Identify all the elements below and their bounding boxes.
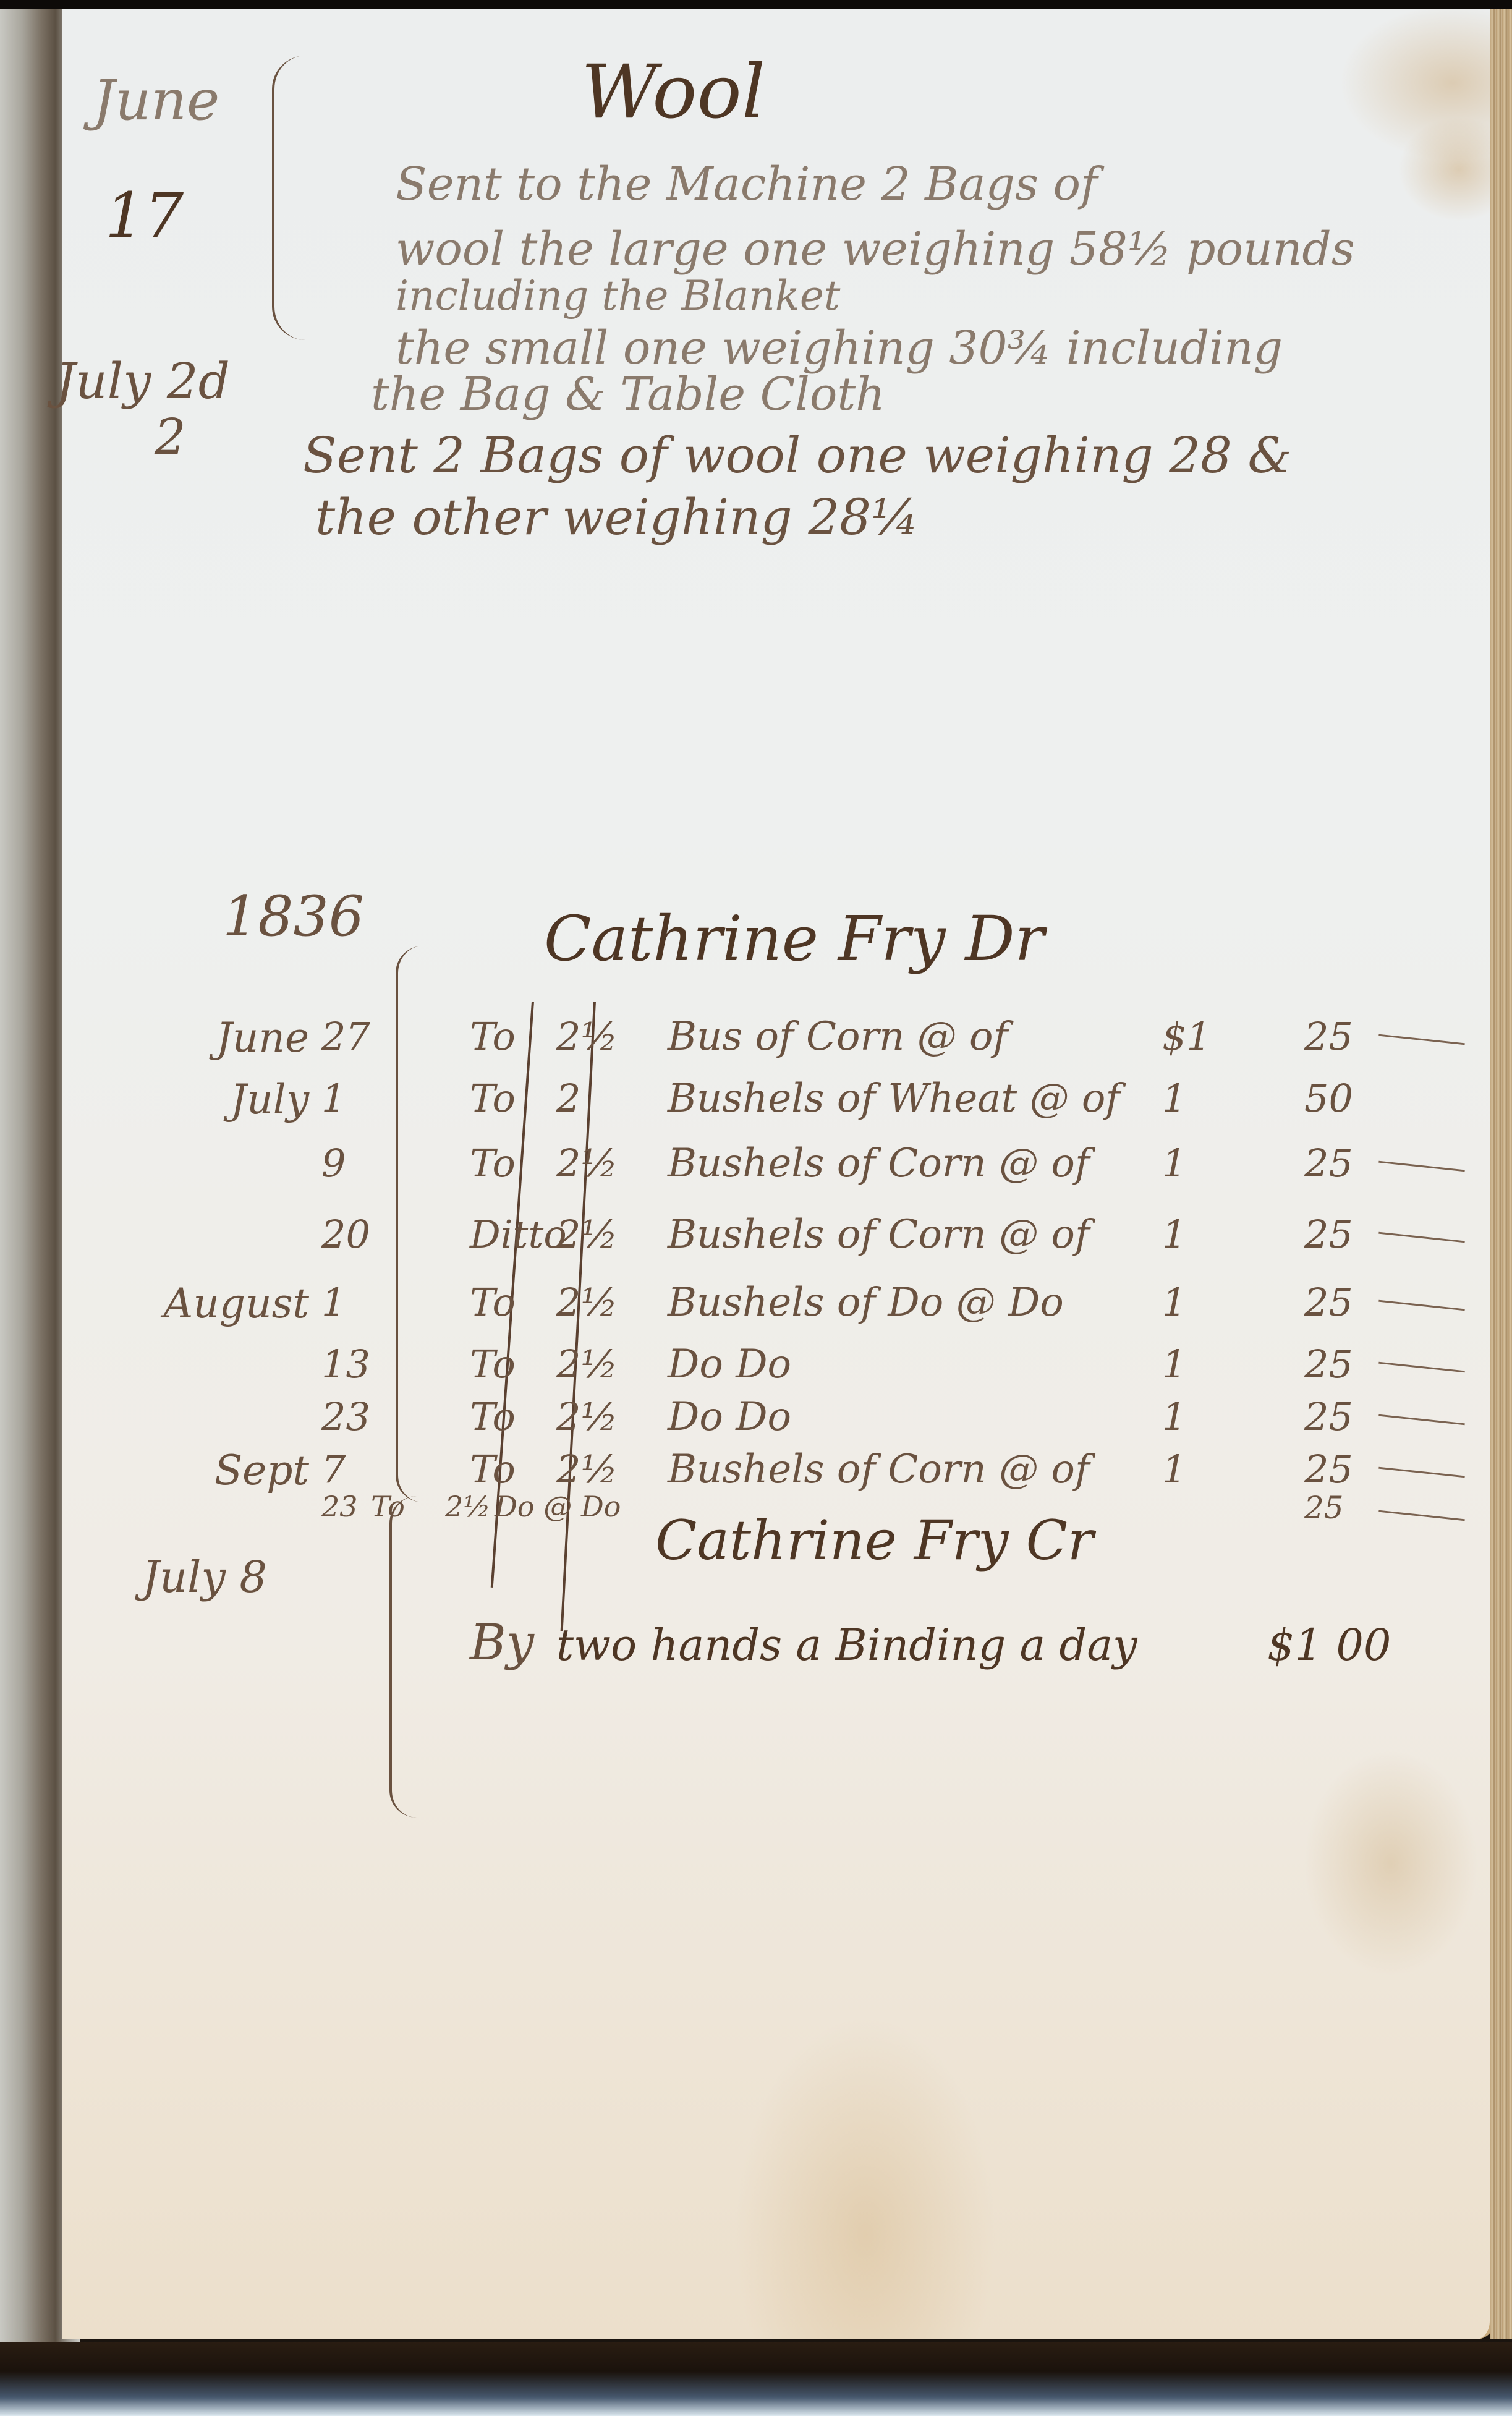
wool-line: the Bag & Table Cloth	[371, 368, 885, 421]
row-day: 23	[321, 1394, 370, 1439]
row-to: To	[470, 1394, 516, 1439]
row-to: To	[470, 1141, 516, 1186]
row-desc: Bushels of Do @ Do	[668, 1280, 1064, 1325]
row-month: August	[136, 1280, 309, 1327]
row-amount: 25	[1304, 1342, 1353, 1387]
row-day: 1	[321, 1280, 346, 1325]
wool-line: including the Blanket	[396, 272, 840, 320]
row-dash	[1378, 1362, 1465, 1373]
account-header-debit: Cathrine Fry Dr	[544, 903, 1044, 975]
row-desc: Do Do	[668, 1394, 791, 1440]
row-amount: 25	[1304, 1394, 1353, 1439]
row-qty: 2½	[556, 1394, 618, 1439]
row-to: To	[470, 1014, 516, 1059]
row-amount: 25	[1304, 1212, 1353, 1257]
wool-line: the small one weighing 30¾ including	[396, 321, 1283, 375]
row-to: To	[470, 1447, 516, 1492]
wool-date-month: June	[93, 68, 219, 133]
row-month: June	[136, 1014, 309, 1061]
row-month: Sept	[136, 1447, 309, 1494]
row-desc: Bushels of Corn @ of	[668, 1141, 1090, 1186]
row-amount: 25	[1304, 1141, 1353, 1186]
row-dash	[1378, 1510, 1465, 1521]
row-dash	[1378, 1161, 1465, 1172]
row-day: 13	[321, 1342, 370, 1387]
row-qty: 2½	[556, 1141, 618, 1186]
row-amount: 50	[1304, 1076, 1353, 1121]
row-amount: 25	[1304, 1280, 1353, 1325]
wool-title: Wool	[581, 49, 765, 135]
credit-by: By	[470, 1614, 534, 1671]
row-rate: 1	[1162, 1141, 1186, 1186]
wool-date-day: 17	[105, 179, 184, 252]
row-amount: 25	[1304, 1014, 1353, 1059]
row-desc: Do @ Do	[495, 1490, 621, 1523]
row-dash	[1378, 1034, 1465, 1045]
wool-line: wool the large one weighing 58½ pounds	[396, 223, 1355, 276]
account-header-credit: Cathrine Fry Cr	[655, 1508, 1094, 1572]
wool-line: Sent to the Machine 2 Bags of	[396, 158, 1097, 211]
ledger-row: August 1 To 2½ Bushels of Do @ Do 1 25	[0, 1280, 1512, 1342]
row-day: 7	[321, 1447, 346, 1492]
row-qty: 2½	[556, 1342, 618, 1387]
row-amount: 25	[1304, 1447, 1353, 1492]
row-dash	[1378, 1232, 1465, 1243]
credit-date: July 8	[142, 1552, 267, 1602]
wool-line2: Sent 2 Bags of wool one weighing 28 &	[303, 427, 1292, 484]
row-desc: Bushels of Corn @ of	[668, 1447, 1090, 1492]
row-qty: 2	[556, 1076, 580, 1121]
row-rate: 1	[1162, 1280, 1186, 1325]
scan-bottom-border	[0, 2342, 1512, 2416]
ledger-row: 9 To 2½ Bushels of Corn @ of 1 25	[0, 1141, 1512, 1202]
row-day: 27	[321, 1014, 370, 1059]
row-to: To	[470, 1280, 516, 1325]
row-dash	[1378, 1467, 1465, 1478]
ledger-row: 20 Ditto 2½ Bushels of Corn @ of 1 25	[0, 1212, 1512, 1274]
row-to: To	[371, 1490, 405, 1523]
wool-date2-day: 2	[155, 408, 186, 466]
ledger-row: July 1 To 2 Bushels of Wheat @ of 1 50	[0, 1076, 1512, 1138]
credit-amount: $1 00	[1267, 1620, 1391, 1670]
wool-brace	[272, 56, 305, 340]
row-to: To	[470, 1076, 516, 1121]
row-dash	[1378, 1300, 1465, 1311]
row-qty: 2½	[445, 1490, 491, 1523]
row-desc: Bushels of Corn @ of	[668, 1212, 1090, 1257]
ledger-year: 1836	[223, 884, 364, 949]
row-rate: 1	[1162, 1342, 1186, 1387]
row-desc: Bushels of Wheat @ of	[668, 1076, 1120, 1121]
row-rate: 1	[1162, 1212, 1186, 1257]
row-rate: 1	[1162, 1394, 1186, 1439]
credit-desc: two hands a Binding a day	[556, 1620, 1137, 1670]
scan-top-border	[0, 0, 1512, 9]
row-month: July	[136, 1076, 309, 1123]
row-amount: 25	[1304, 1490, 1344, 1526]
row-rate: 1	[1162, 1076, 1186, 1121]
row-qty: 2½	[556, 1447, 618, 1492]
row-rate: 1	[1162, 1447, 1186, 1492]
row-to: Ditto	[470, 1212, 567, 1257]
row-qty: 2½	[556, 1212, 618, 1257]
row-day: 9	[321, 1141, 346, 1186]
row-rate: $1	[1162, 1014, 1211, 1059]
wool-line2: the other weighing 28¼	[315, 488, 919, 546]
row-qty: 2½	[556, 1014, 618, 1059]
row-to: To	[470, 1342, 516, 1387]
row-desc: Do Do	[668, 1342, 791, 1387]
row-dash	[1378, 1414, 1465, 1426]
row-day: 1	[321, 1076, 346, 1121]
wool-date2-month: July 2d	[56, 352, 230, 410]
row-qty: 2½	[556, 1280, 618, 1325]
ledger-row: June 27 To 2½ Bus of Corn @ of $1 25	[0, 1014, 1512, 1076]
row-day: 23	[321, 1490, 358, 1523]
row-day: 20	[321, 1212, 370, 1257]
row-desc: Bus of Corn @ of	[668, 1014, 1008, 1060]
